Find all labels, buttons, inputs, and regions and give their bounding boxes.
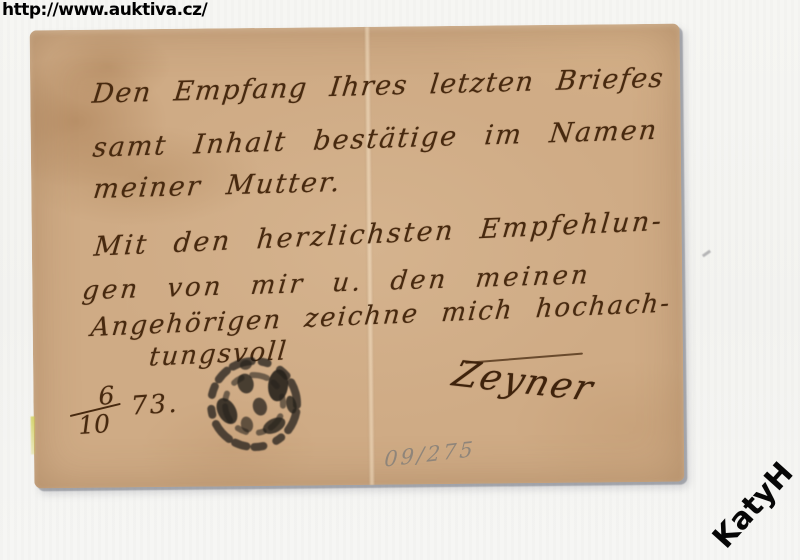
pencil-inventory-note: 09/275 bbox=[384, 437, 477, 472]
postcard-scan: Den Empfang Ihres letzten Briefes samt I… bbox=[30, 24, 685, 489]
handwriting-line: Mit den herzlichsten Empfehlun- bbox=[93, 206, 665, 263]
handwriting-line: samt Inhalt bestätige im Namen bbox=[91, 115, 660, 164]
seller-watermark: KatyH bbox=[706, 456, 800, 556]
handwriting-line: meiner Mutter. bbox=[92, 167, 344, 205]
scan-speck bbox=[702, 250, 711, 258]
scanned-auction-photo: http://www.auktiva.cz/ Den Empfang Ihres… bbox=[0, 0, 800, 560]
handwriting-line: Den Empfang Ihres letzten Briefes bbox=[91, 63, 666, 110]
scan-edge-artifact bbox=[31, 416, 35, 454]
handwritten-date: 6 10 73. bbox=[66, 375, 210, 454]
auction-site-url-watermark: http://www.auktiva.cz/ bbox=[2, 0, 207, 20]
signature: Zeyner bbox=[448, 354, 599, 410]
date-month: 10 bbox=[77, 409, 111, 440]
date-year: 73. bbox=[130, 389, 179, 422]
